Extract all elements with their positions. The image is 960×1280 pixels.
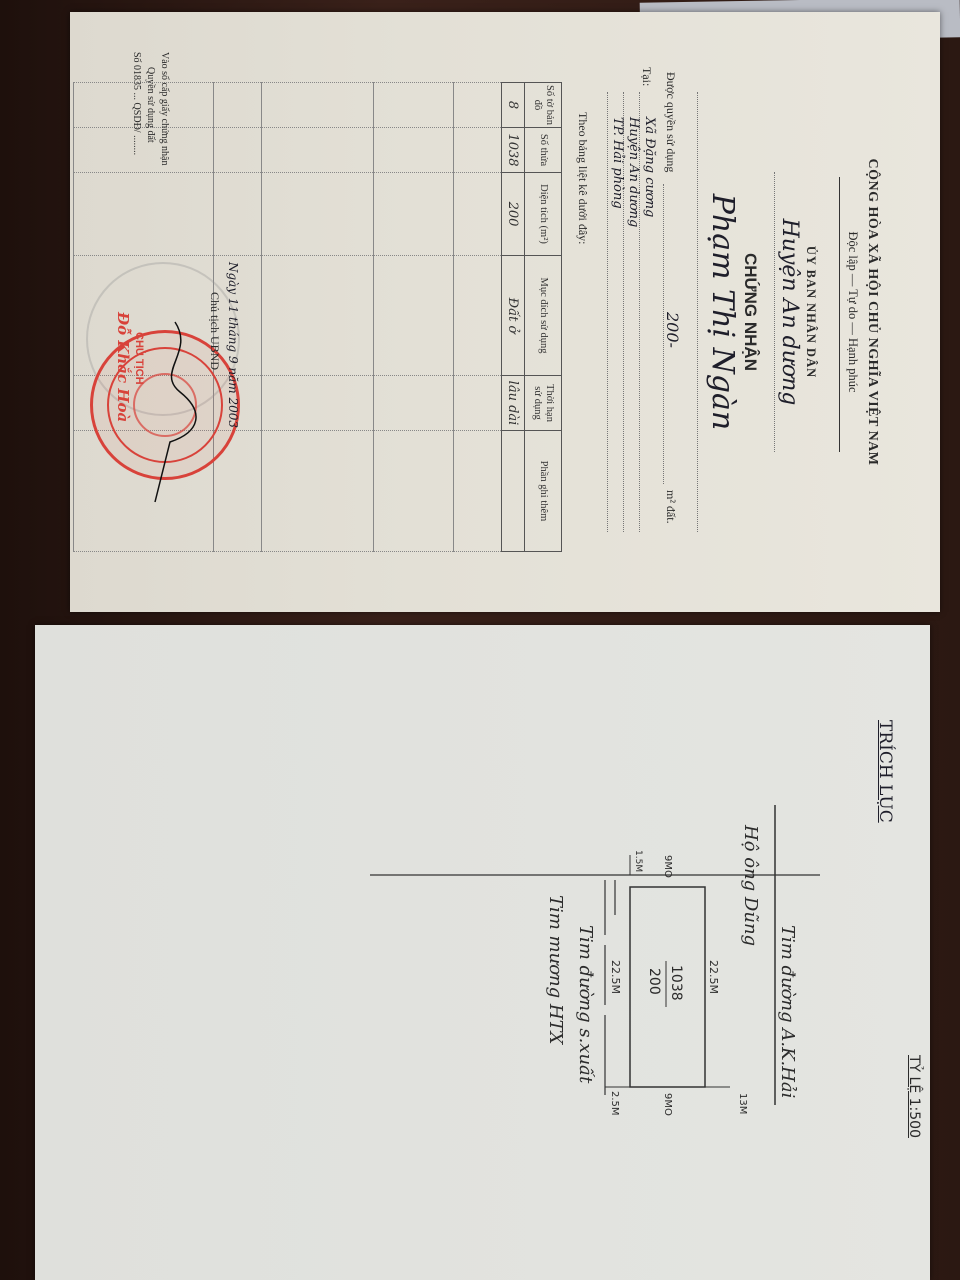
- stamp-name: Đỗ Khắc Hoà: [114, 312, 132, 422]
- parcel-area: 200: [646, 968, 662, 995]
- national-title: CỘNG HÒA XÃ HỘI CHỦ NGHĨA VIỆT NAM: [864, 12, 880, 612]
- area-unit: m² đất.: [663, 490, 678, 524]
- col-header-purpose: Mục đích sử dụng: [525, 256, 562, 376]
- area-value: 200-: [663, 312, 682, 348]
- holder-dotted-line: [697, 92, 698, 532]
- dim-left: 9MO: [662, 855, 673, 878]
- table-row: 8 1038 200 Đất ở lâu dài: [502, 83, 525, 552]
- issuer-label: ỦY BAN NHÂN DÂN: [803, 12, 818, 612]
- location-dotted-line-3: [607, 92, 608, 532]
- table-header-row: Số tờ bản đồ Số thửa Diện tích (m²) Mục …: [525, 83, 562, 552]
- document-spread: CỘNG HÒA XÃ HỘI CHỦ NGHĨA VIỆT NAM Độc l…: [0, 0, 960, 1280]
- holder-name: Phạm Thị Ngàn: [705, 102, 740, 522]
- road-left-label: Tim mương HTX: [545, 895, 566, 1046]
- table-row-empty: [262, 83, 374, 552]
- col-header-map-sheet: Số tờ bản đồ: [525, 83, 562, 128]
- dim-offset-top: 13M: [737, 1093, 748, 1114]
- dim-right: 9MO: [662, 1093, 673, 1116]
- stamp-title: CHỦ TỊCH: [133, 332, 145, 385]
- signature: [145, 312, 205, 512]
- district-handwritten: Huyện An dương: [777, 162, 802, 462]
- location-label: Tại:: [639, 67, 654, 86]
- dim-top: 22.5M: [707, 960, 720, 994]
- header-divider: [839, 177, 840, 452]
- col-header-notes: Phần ghi thêm: [525, 431, 562, 552]
- register-number: Số 01835 ... QSDĐ/ ........: [131, 52, 142, 155]
- cell-term: lâu dài: [502, 376, 525, 431]
- col-header-parcel-no: Số thửa: [525, 128, 562, 173]
- table-row-empty: [374, 83, 454, 552]
- cell-notes: [502, 431, 525, 552]
- dim-offset-bottom: 2.5M: [609, 1091, 620, 1116]
- certificate-page: CỘNG HÒA XÃ HỘI CHỦ NGHĨA VIỆT NAM Độc l…: [70, 12, 940, 612]
- usage-right-label: Được quyền sử dụng: [663, 72, 678, 172]
- location-line-3: TP. Hải phòng: [610, 117, 625, 209]
- cadastral-extract-page: TRÍCH LỤC TỶ LỆ 1:500 22.5M 22.5M 9MO 9M…: [35, 625, 930, 1280]
- table-row-empty: [454, 83, 502, 552]
- register-line-2: Quyền sử dụng đất: [145, 67, 156, 143]
- road-top-label: Tim đường A.K.Hải: [777, 925, 798, 1098]
- cell-area: 200: [502, 173, 525, 256]
- dim-offset-left: 1.5M: [633, 850, 643, 872]
- date-line: Ngày 11 tháng 9 năm 2003: [226, 262, 240, 428]
- col-header-term: Thời hạn sử dụng: [525, 376, 562, 431]
- register-line-1: Vào sổ cấp giấy chứng nhận: [159, 52, 170, 165]
- cell-map-sheet: 8: [502, 83, 525, 128]
- location-line-2: Huyện An dương: [626, 117, 641, 227]
- parcel-number: 1038: [668, 965, 684, 1001]
- district-dotted-line: [774, 172, 775, 452]
- road-bottom-label: Tim đường s.xuất: [575, 925, 596, 1084]
- signer-title: Chủ tịch UBND: [207, 292, 222, 370]
- document-title: CHỨNG NHẬN: [740, 12, 760, 612]
- table-intro: Theo bảng liệt kê dưới đây:: [575, 112, 590, 244]
- cell-parcel-no: 1038: [502, 128, 525, 173]
- dim-bottom: 22.5M: [609, 960, 622, 994]
- col-header-area: Diện tích (m²): [525, 173, 562, 256]
- parcel-diagram: 22.5M 22.5M 9MO 9MO 13M 2.5M 1.5M 1038 2…: [35, 625, 930, 1280]
- national-motto: Độc lập — Tự do — Hạnh phúc: [845, 12, 860, 612]
- cell-purpose: Đất ở: [502, 256, 525, 376]
- neighbor-label: Hộ ông Dũng: [740, 824, 761, 946]
- location-line-1: Xã Đặng cương: [642, 117, 657, 217]
